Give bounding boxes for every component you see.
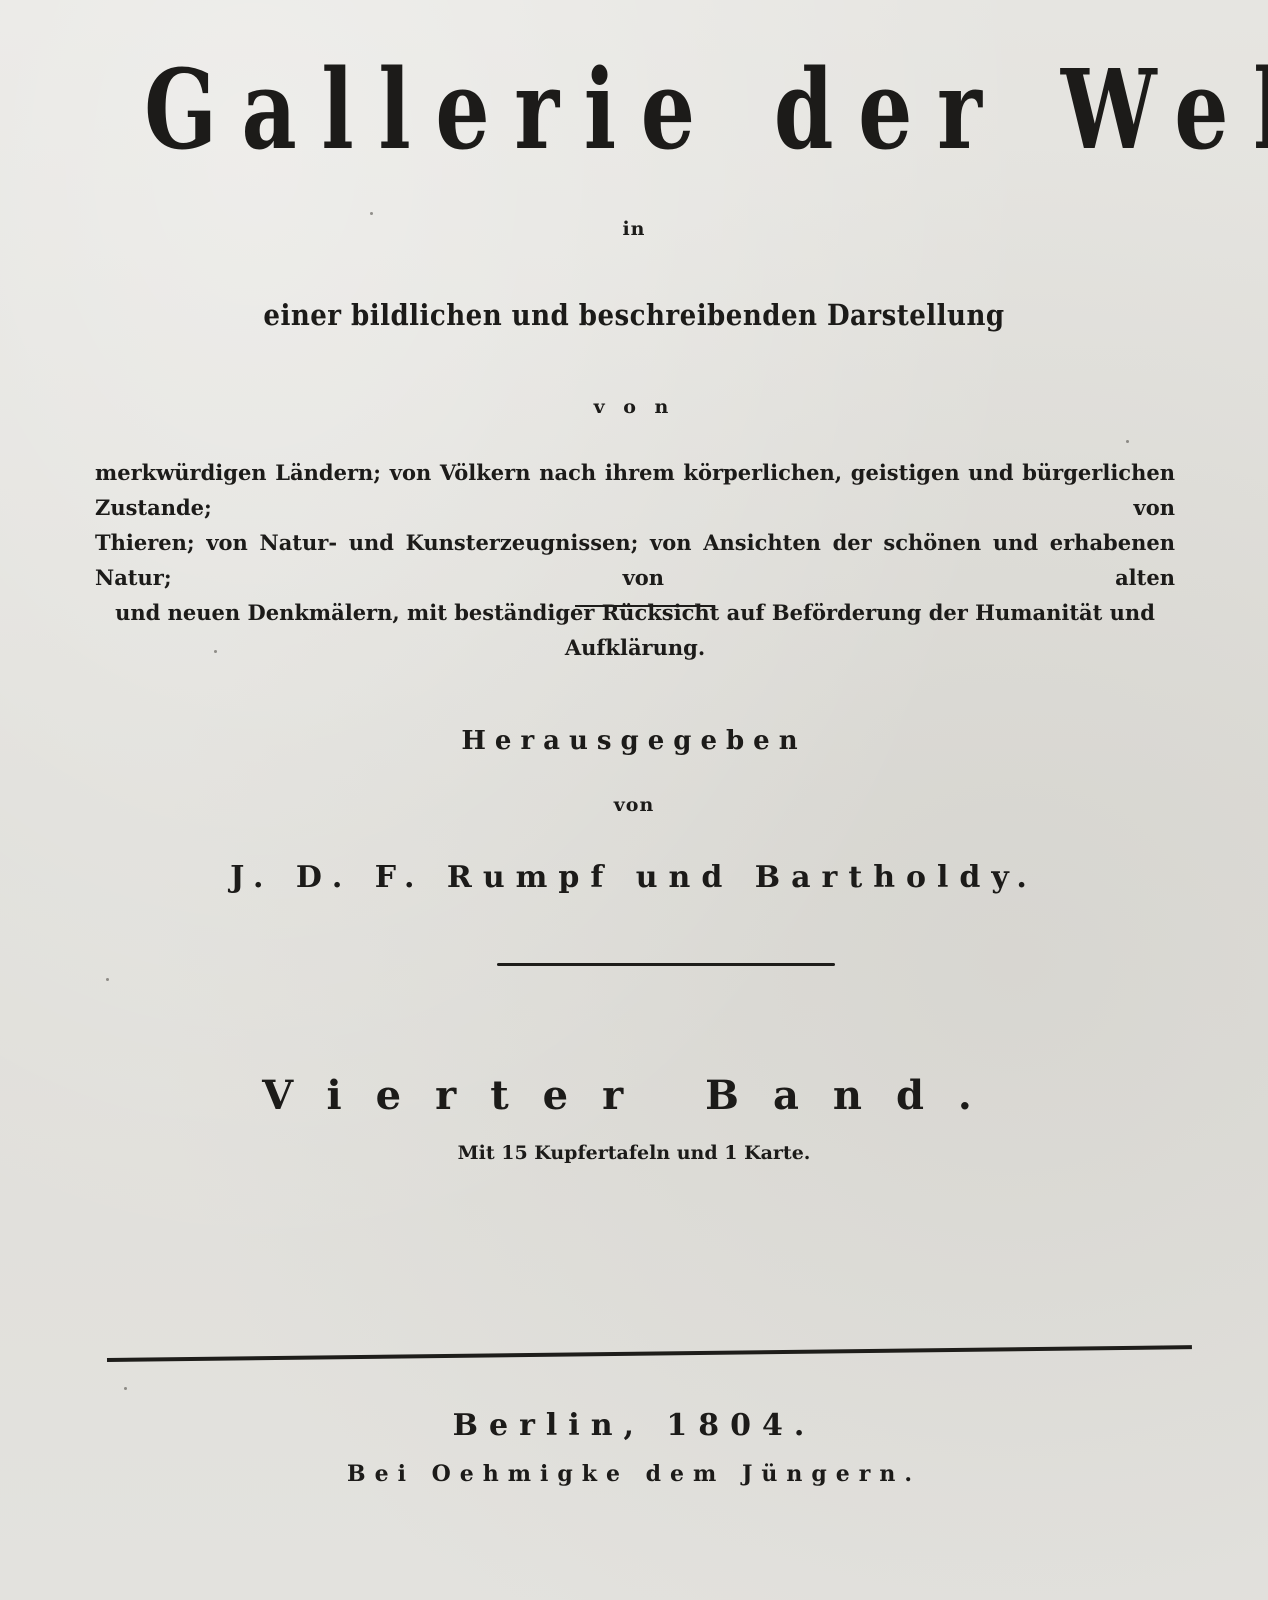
editor-label: Herausgegeben <box>0 726 1268 756</box>
authors: J. D. F. Rumpf und Bartholdy. <box>0 860 1268 895</box>
volume-label: Vierter Band. <box>0 1072 1268 1119</box>
connector-in: in <box>0 218 1268 240</box>
middle-divider <box>497 963 835 966</box>
short-divider <box>575 605 715 607</box>
place-year: Berlin, 1804. <box>0 1408 1268 1443</box>
publisher: Bei Oehmigke dem Jüngern. <box>0 1461 1268 1487</box>
paper-speck <box>1126 440 1129 443</box>
title-page: Gallerie der Welt, in einer bildlichen u… <box>0 0 1268 1600</box>
paper-speck <box>214 650 217 653</box>
plates-note: Mit 15 Kupfertafeln und 1 Karte. <box>0 1142 1268 1164</box>
connector-von: v o n <box>0 396 1268 418</box>
book-title: Gallerie der Welt, <box>144 55 1184 164</box>
paper-speck <box>106 978 109 981</box>
connector-von-editors: von <box>0 794 1268 816</box>
paper-speck <box>370 212 373 215</box>
subtitle: einer bildlichen und beschreibenden Dars… <box>63 298 1204 332</box>
description-paragraph: merkwürdigen Ländern; von Völkern nach i… <box>95 455 1175 665</box>
description-line-2: Thieren; von Natur- und Kunsterzeugnisse… <box>95 525 1175 595</box>
paper-speck <box>124 1387 127 1390</box>
long-divider <box>107 1345 1192 1362</box>
description-line-1: merkwürdigen Ländern; von Völkern nach i… <box>95 455 1175 525</box>
